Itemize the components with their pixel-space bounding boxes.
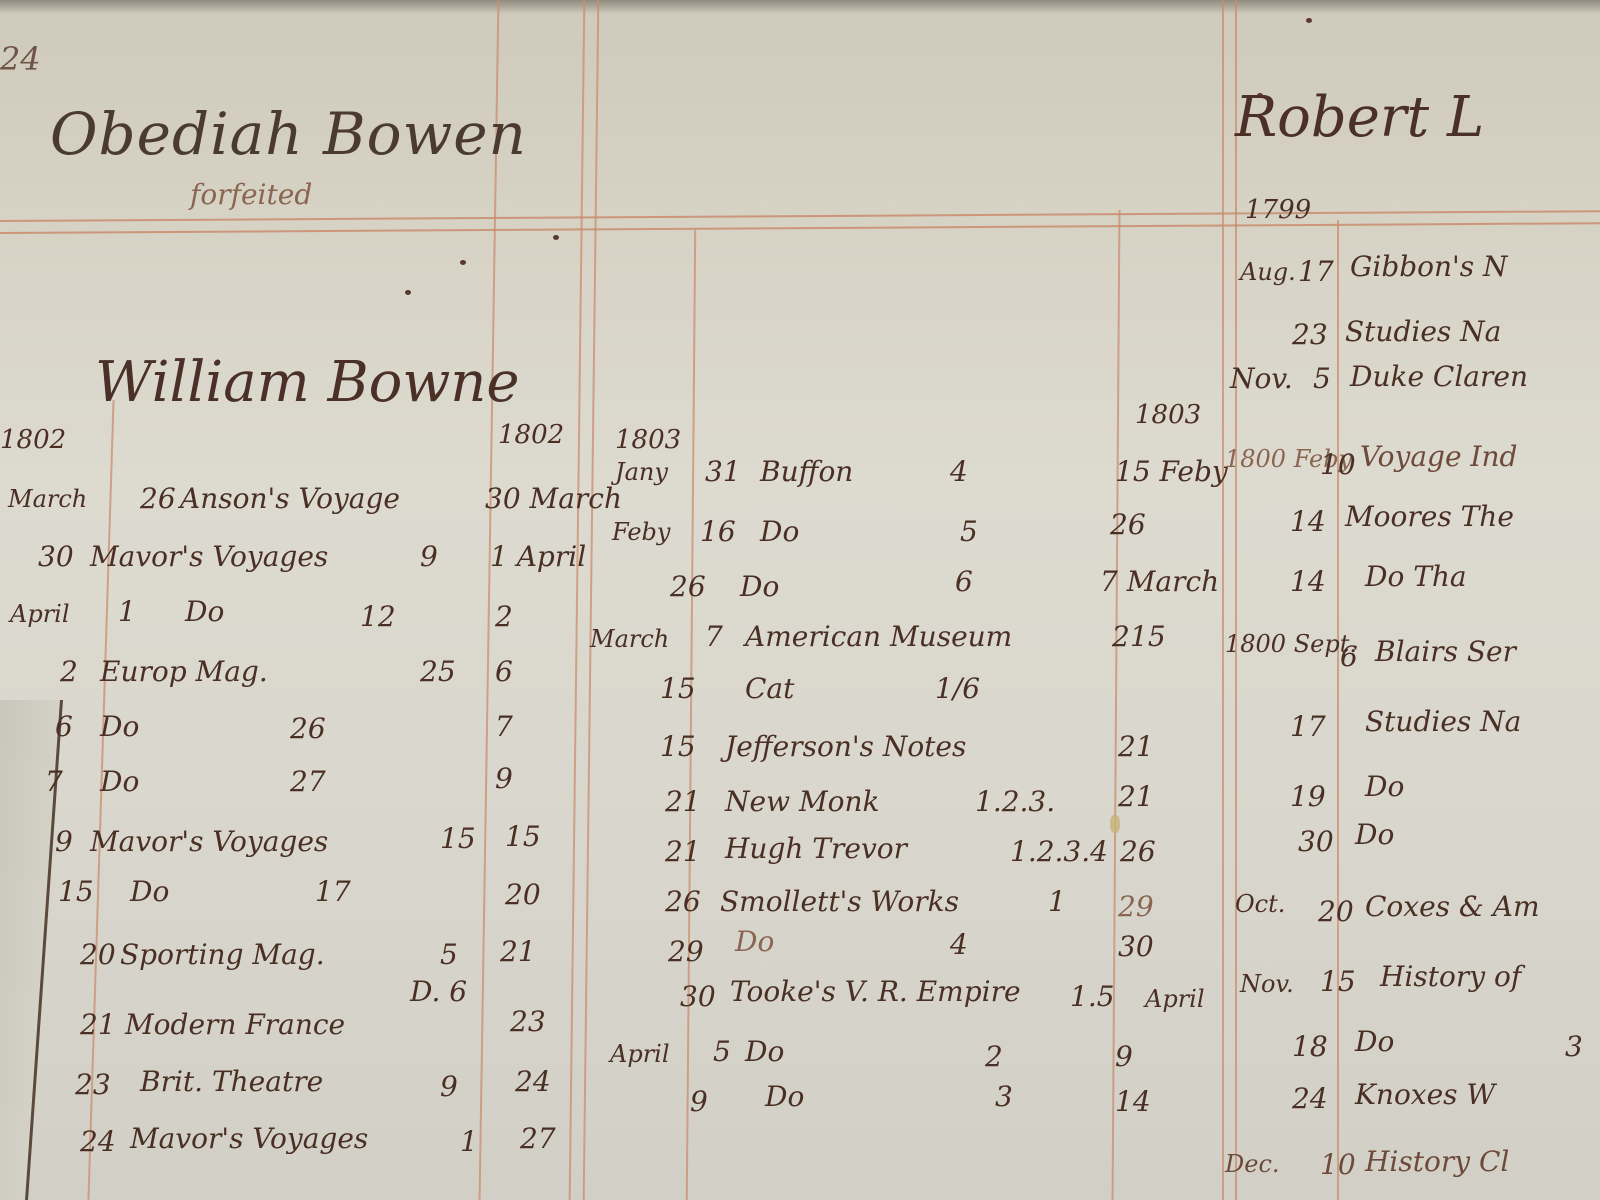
entry-item: Cat [745,672,794,705]
entry-day: 17 [1298,255,1334,288]
entry-returned: 1 April [490,540,586,573]
ink-blot [1306,18,1312,23]
entry-month: March [590,625,669,653]
entry-item: Mavor's Voyages [90,825,328,858]
entry-item: New Monk [725,785,879,818]
column-rule [1337,220,1339,1200]
entry-day: 6 [55,710,73,743]
entry-day: 9 [55,825,73,858]
entry-item: Jefferson's Notes [725,730,966,763]
entry-day: 16 [700,515,736,548]
entry-returned: 23 [510,1005,546,1038]
column-rule [686,230,696,1200]
entry-vol: 1/6 [935,672,980,705]
entry-returned: 21 [1118,780,1154,813]
entry-vol: 3 [1565,1030,1583,1063]
entry-day: 29 [668,935,704,968]
entry-item: Do [100,765,139,798]
entry-vol: 15 [440,822,476,855]
entry-day: 2 [60,655,78,688]
entry-day: 23 [1292,318,1328,351]
entry-vol: 1.2.3. [975,785,1055,818]
entry-day: 19 [1290,780,1326,813]
entry-vol: 4 [950,928,968,961]
header-rule-bottom [0,222,1600,233]
entry-item: Sporting Mag. [120,938,325,971]
entry-month: April [610,1040,670,1068]
entry-day: 24 [80,1125,116,1158]
entry-vol: 26 [290,712,326,745]
entry-month: Nov. [1230,362,1293,395]
entry-item: Do [1365,770,1404,803]
column-rule [583,0,599,1200]
column-rule [1222,0,1224,1200]
entry-returned: 30 March [485,482,622,515]
entry-item: Do [130,875,169,908]
entry-item: Do Tha [1365,560,1467,593]
entry-item: Do [765,1080,804,1113]
entry-month: April [10,600,70,628]
entry-day: 17 [1290,710,1326,743]
entry-item: American Museum [745,620,1012,653]
entry-day: 20 [1318,895,1354,928]
entry-item: Mavor's Voyages [130,1122,368,1155]
entry-item: Do [760,515,799,548]
entry-day: 30 [38,540,74,573]
entry-day: 5 [713,1035,731,1068]
entry-day: 26 [665,885,701,918]
entry-item: Do [735,925,774,958]
entry-month: Aug. [1240,258,1296,286]
entry-day: 15 [58,875,94,908]
entry-item: Duke Claren [1350,360,1528,393]
entry-vol: 9 [440,1070,458,1103]
entry-item: Voyage Ind [1360,440,1517,473]
entry-item: Gibbon's N [1350,250,1508,283]
entry-day: 15 [660,672,696,705]
entry-returned: 26 [1120,835,1156,868]
account-title-obediah: Obediah Bowen [50,100,527,168]
entry-returned: 9 [1115,1040,1133,1073]
entry-day: 14 [1290,565,1326,598]
entry-returned: 30 [1118,930,1154,963]
entry-day: 26 [140,482,176,515]
entry-day: 1 [118,595,136,628]
entry-item: History Cl [1365,1145,1509,1178]
entry-item: Blairs Ser [1375,635,1516,668]
entry-month: Oct. [1235,890,1285,918]
entry-day: 31 [705,455,741,488]
entry-item: Do [1355,818,1394,851]
entry-month: 1800 Sept. [1225,630,1357,658]
entry-day: 21 [665,785,701,818]
entry-item: Modern France [125,1008,345,1041]
entry-vol: 1.5 [1070,980,1115,1013]
entry-item: Do [185,595,224,628]
entry-returned: 24 [515,1065,551,1098]
entry-returned: 14 [1115,1085,1151,1118]
entry-vol: 3 [995,1080,1013,1113]
entry-day: 9 [690,1085,708,1118]
entry-month: Dec. [1225,1150,1280,1178]
entry-day: 7 [45,765,63,798]
entry-item: Studies Na [1365,705,1521,738]
entry-returned: 2 [495,600,513,633]
entry-vol: 5 [440,938,458,971]
entry-item: Anson's Voyage [180,482,400,515]
entry-vol: 9 [420,540,438,573]
entry-day: 30 [680,980,716,1013]
entry-day: 26 [670,570,706,603]
year-1802-left: 1802 [0,425,66,455]
entry-returned: 26 [1110,508,1146,541]
entry-returned: 6 [495,655,513,688]
entry-returned: April [1145,985,1205,1013]
entry-item: Do [740,570,779,603]
entry-month: Nov. [1240,970,1294,998]
entry-day: 15 [1320,965,1356,998]
entry-returned: 15 [505,820,541,853]
entry-item: Buffon [760,455,853,488]
entry-day: 14 [1290,505,1326,538]
entry-item: Europ Mag. [100,655,268,688]
page-top-shadow [0,0,1600,14]
column-rule [569,0,585,1200]
year-1803-col: 1803 [615,425,681,455]
entry-vol: 17 [315,875,351,908]
entry-item: Knoxes W [1355,1078,1495,1111]
entry-vol: 2 [985,1040,1003,1073]
entry-vol: 1.2.3.4 [1010,835,1108,868]
entry-item: Brit. Theatre [140,1065,323,1098]
entry-returned: 21 [500,935,536,968]
page-number: 24 [0,40,41,78]
ink-blot [553,235,559,240]
entry-day: 21 [665,835,701,868]
entry-day: 23 [75,1068,111,1101]
entry-returned: 29 [1118,890,1154,923]
entry-month: Feby [612,518,670,546]
entry-item: Hugh Trevor [725,832,907,865]
account-title-robert: Robert L [1235,85,1484,150]
ink-blot [460,260,466,265]
entry-returned: 20 [505,878,541,911]
entry-day: 10 [1320,1148,1356,1181]
entry-day: 20 [80,938,116,971]
header-rule-top [0,210,1600,221]
entry-returned: 15 [1130,620,1166,653]
entry-vol: 2 [1112,620,1130,653]
entry-item: Do [100,710,139,743]
entry-item: Smollett's Works [720,885,959,918]
entry-returned: 9 [495,762,513,795]
year-1802-col: 1802 [498,420,564,450]
year-1799: 1799 [1245,195,1311,225]
entry-item: Moores The [1345,500,1514,533]
entry-vol: 6 [955,565,973,598]
entry-month: March [8,485,87,513]
entry-vol: 5 [960,515,978,548]
entry-vol: 27 [290,765,326,798]
entry-returned: 15 Feby [1115,455,1228,488]
entry-day: 10 [1320,448,1356,481]
entry-day: 21 [80,1008,116,1041]
entry-day: 30 [1298,825,1334,858]
entry-item: Do [745,1035,784,1068]
entry-returned: 7 March [1100,565,1219,598]
entry-day: 15 [660,730,696,763]
entry-returned: 21 [1118,730,1154,763]
column-rule [1235,0,1237,1200]
entry-item: Tooke's V. R. Empire [730,975,1021,1008]
entry-vol: 1 [460,1125,478,1158]
ink-blot [405,290,411,295]
entry-item: Coxes & Am [1365,890,1540,923]
entry-day: 18 [1292,1030,1328,1063]
year-1803-return: 1803 [1135,400,1201,430]
account-title-william: William Bowne [95,350,520,415]
entry-vol: 1 [1048,885,1066,918]
entry-vol: 4 [950,455,968,488]
entry-item: Do [1355,1025,1394,1058]
entry-item: Mavor's Voyages [90,540,328,573]
entry-day: 6 [1340,640,1358,673]
account-note-forfeited: forfeited [190,178,312,211]
entry-day: 5 [1313,362,1331,395]
ledger-page: 24 Obediah Bowen forfeited William Bowne… [0,0,1600,1200]
entry-item: History of [1380,960,1521,993]
entry-vol: 12 [360,600,396,633]
entry-item: Studies Na [1345,315,1501,348]
entry-day: 7 [705,620,723,653]
entry-returned: 7 [495,710,513,743]
entry-vol-note: D. 6 [410,975,467,1008]
paper-stain [1110,815,1120,833]
entry-month: Jany [615,458,668,486]
entry-day: 24 [1292,1082,1328,1115]
entry-vol: 25 [420,655,456,688]
entry-returned: 27 [520,1122,556,1155]
